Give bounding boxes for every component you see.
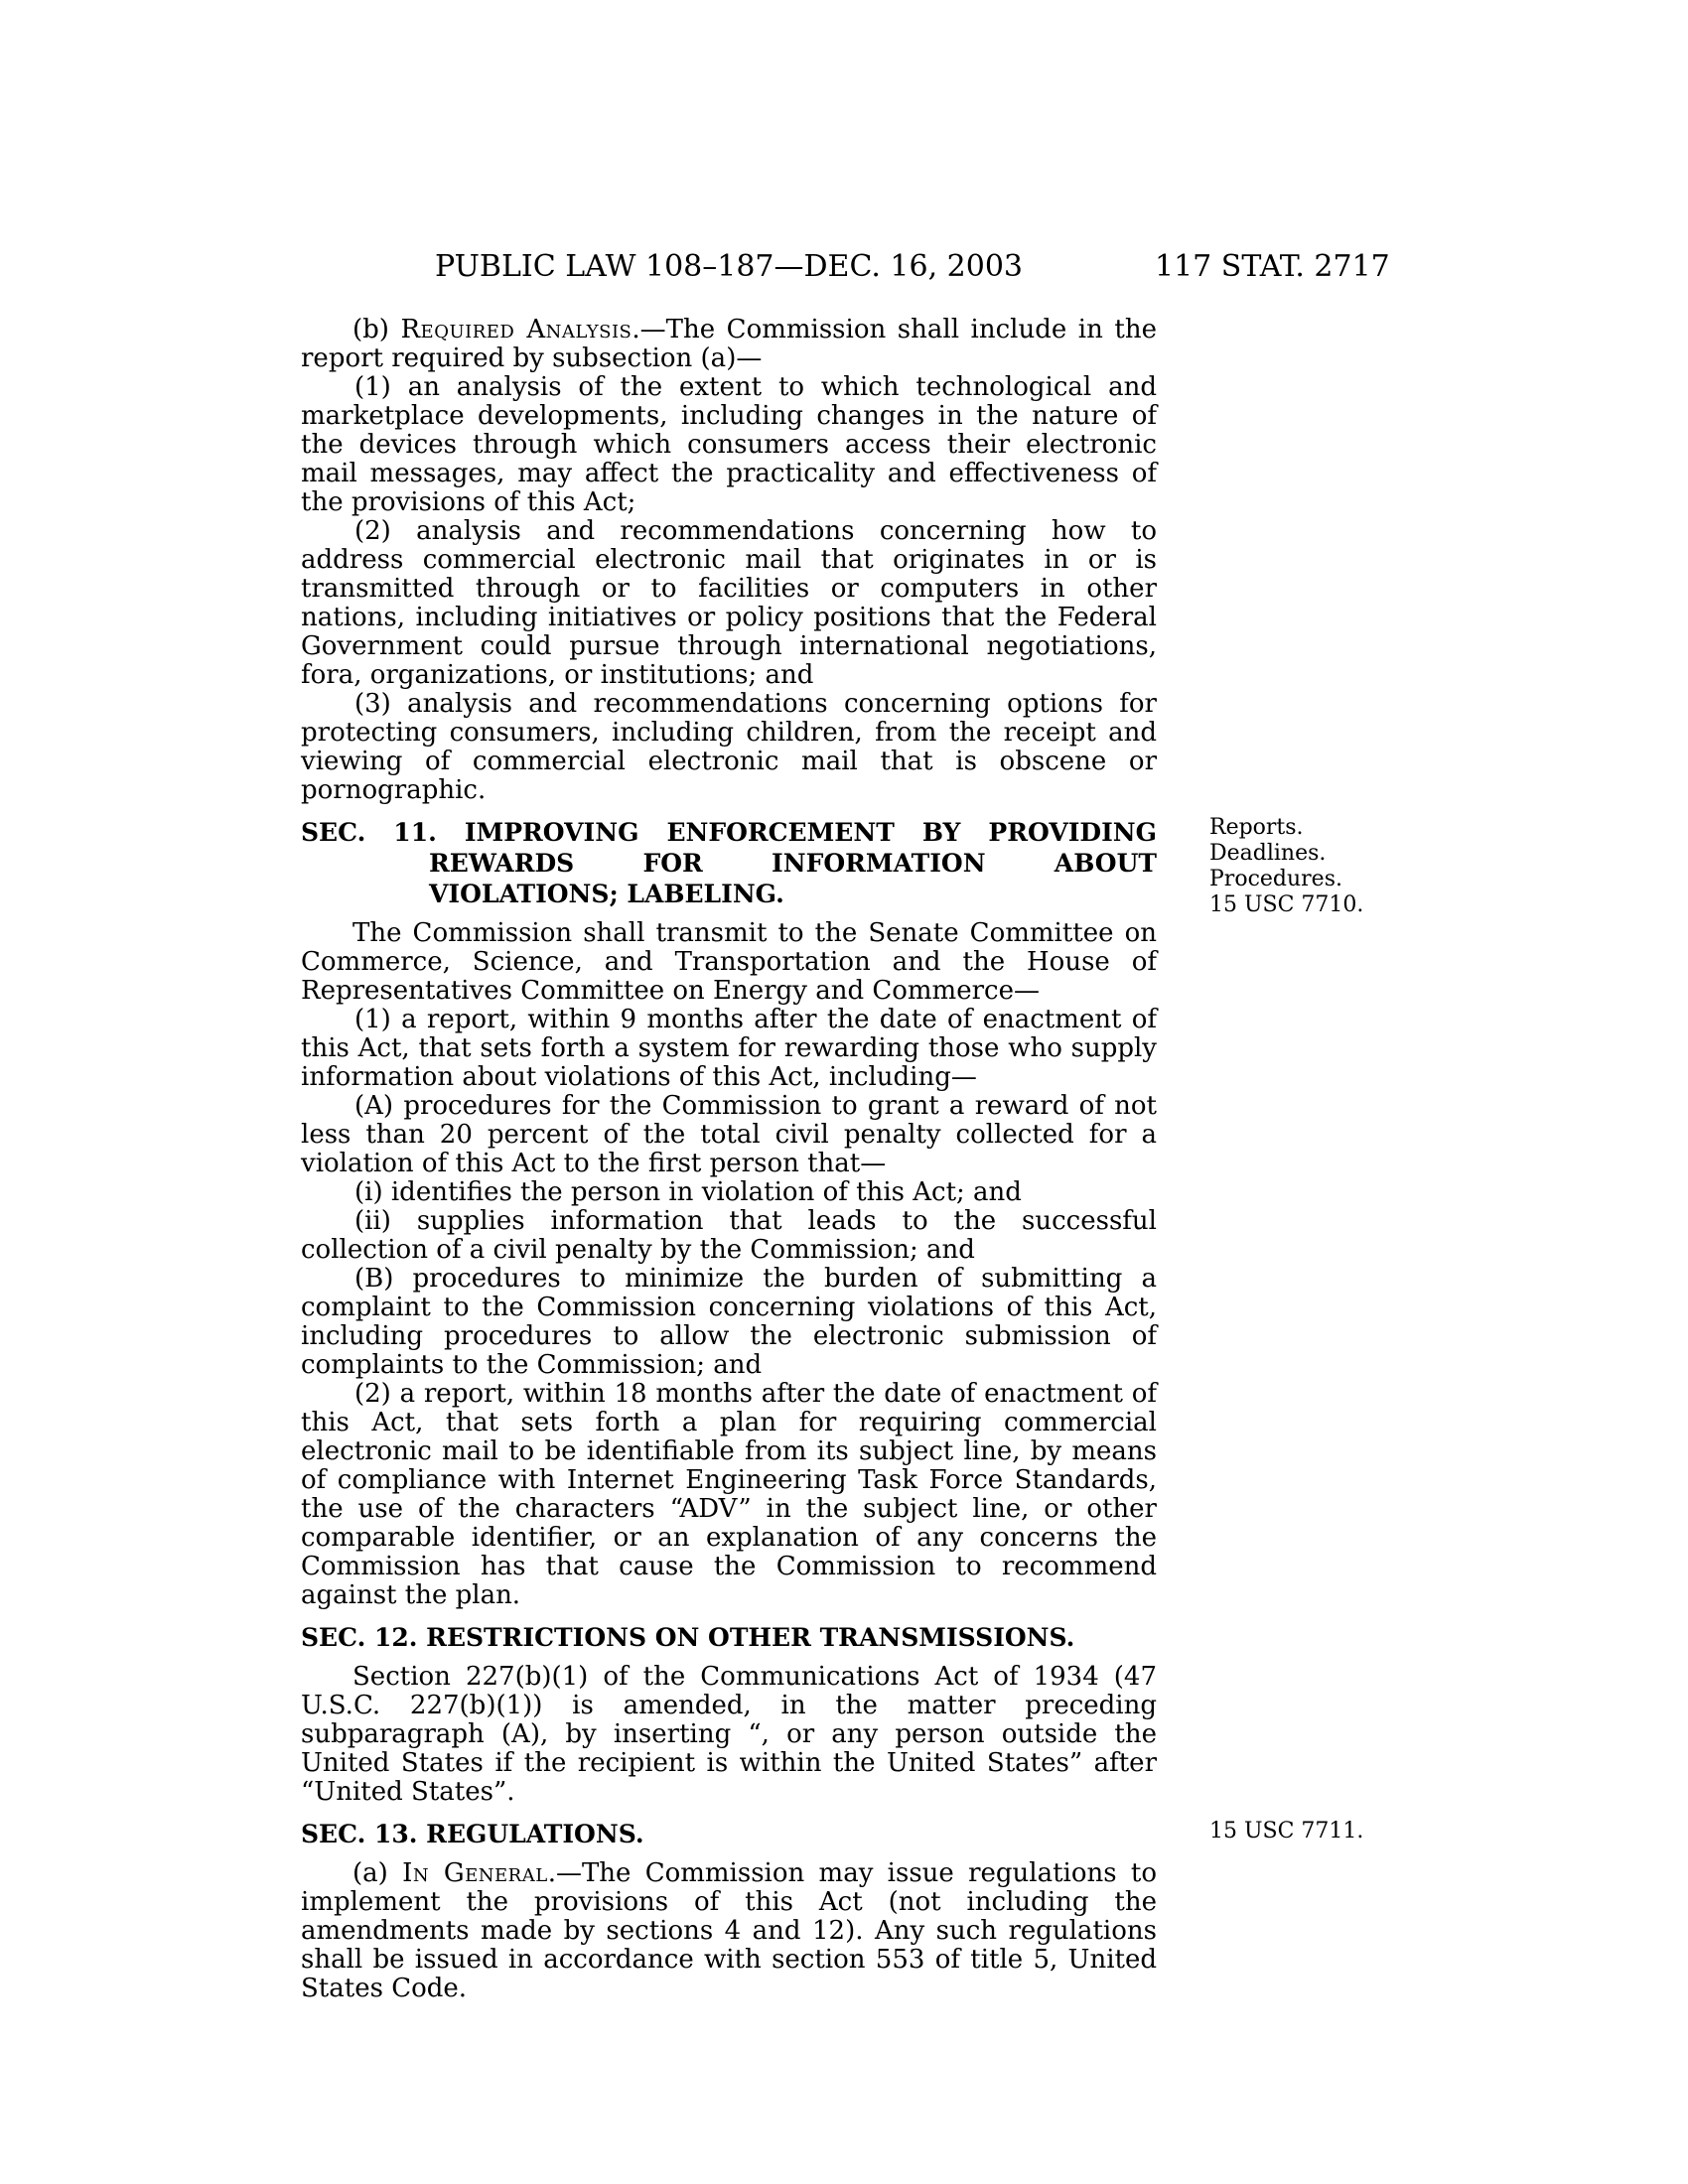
sec-11-clause-1: (1) a report, within 9 months after the … bbox=[301, 1006, 1157, 1092]
margin-note-sec-11: Reports. Deadlines. Procedures. 15 USC 7… bbox=[1209, 815, 1448, 918]
sec-13-heading-block: SEC. 13. REGULATIONS. 15 USC 7711. bbox=[301, 1819, 1157, 1849]
sec-11-intro-paragraph: The Commission shall transmit to the Sen… bbox=[301, 919, 1157, 1006]
sec-13-heading: SEC. 13. REGULATIONS. bbox=[301, 1820, 644, 1848]
margin-note-line: Procedures. bbox=[1209, 867, 1448, 892]
sec-12-heading: SEC. 12. RESTRICTIONS ON OTHER TRANSMISS… bbox=[301, 1623, 1074, 1652]
sec-11-heading: SEC. 11. IMPROVING ENFORCEMENT BY PROVID… bbox=[301, 818, 1157, 908]
paragraph-b-required-analysis: (b) Required Analysis.—The Commission sh… bbox=[301, 316, 1157, 373]
margin-note-usc-citation: 15 USC 7710. bbox=[1209, 892, 1448, 918]
sec-13-paragraph-a: (a) In General.—The Commission may issue… bbox=[301, 1859, 1157, 2003]
clause-b3: (3) analysis and recommendations concern… bbox=[301, 690, 1157, 805]
statute-body: (b) Required Analysis.—The Commission sh… bbox=[301, 316, 1157, 2003]
sec-12-heading-block: SEC. 12. RESTRICTIONS ON OTHER TRANSMISS… bbox=[301, 1622, 1157, 1653]
sec-12-paragraph: Section 227(b)(1) of the Communications … bbox=[301, 1663, 1157, 1807]
paragraph-a-label: (a) bbox=[352, 1858, 402, 1888]
stat-page-number: 117 STAT. 2717 bbox=[1155, 250, 1390, 284]
sec-11-clause-1A: (A) procedures for the Commission to gra… bbox=[301, 1092, 1157, 1178]
sec-11-clause-1B: (B) procedures to minimize the burden of… bbox=[301, 1265, 1157, 1380]
sec-11-clause-2: (2) a report, within 18 months after the… bbox=[301, 1380, 1157, 1610]
paragraph-b-smallcaps-lead: Required Analysis bbox=[400, 315, 632, 344]
margin-note-sec-13: 15 USC 7711. bbox=[1209, 1819, 1448, 1844]
margin-note-line: Deadlines. bbox=[1209, 841, 1448, 867]
statute-page: PUBLIC LAW 108–187—DEC. 16, 2003 117 STA… bbox=[0, 0, 1688, 2184]
margin-note-usc-citation: 15 USC 7711. bbox=[1209, 1819, 1448, 1844]
sec-11-clause-1Aii: (ii) supplies information that leads to … bbox=[301, 1207, 1157, 1265]
clause-b1: (1) an analysis of the extent to which t… bbox=[301, 373, 1157, 517]
sec-11-heading-block: SEC. 11. IMPROVING ENFORCEMENT BY PROVID… bbox=[301, 817, 1157, 909]
paragraph-b-label: (b) bbox=[352, 315, 400, 344]
paragraph-a-smallcaps-lead: In General bbox=[402, 1858, 548, 1888]
sec-11-clause-1Ai: (i) identifies the person in violation o… bbox=[301, 1178, 1157, 1207]
margin-note-line: Reports. bbox=[1209, 815, 1448, 841]
public-law-citation: PUBLIC LAW 108–187—DEC. 16, 2003 bbox=[301, 250, 1157, 284]
clause-b2: (2) analysis and recommendations concern… bbox=[301, 517, 1157, 690]
